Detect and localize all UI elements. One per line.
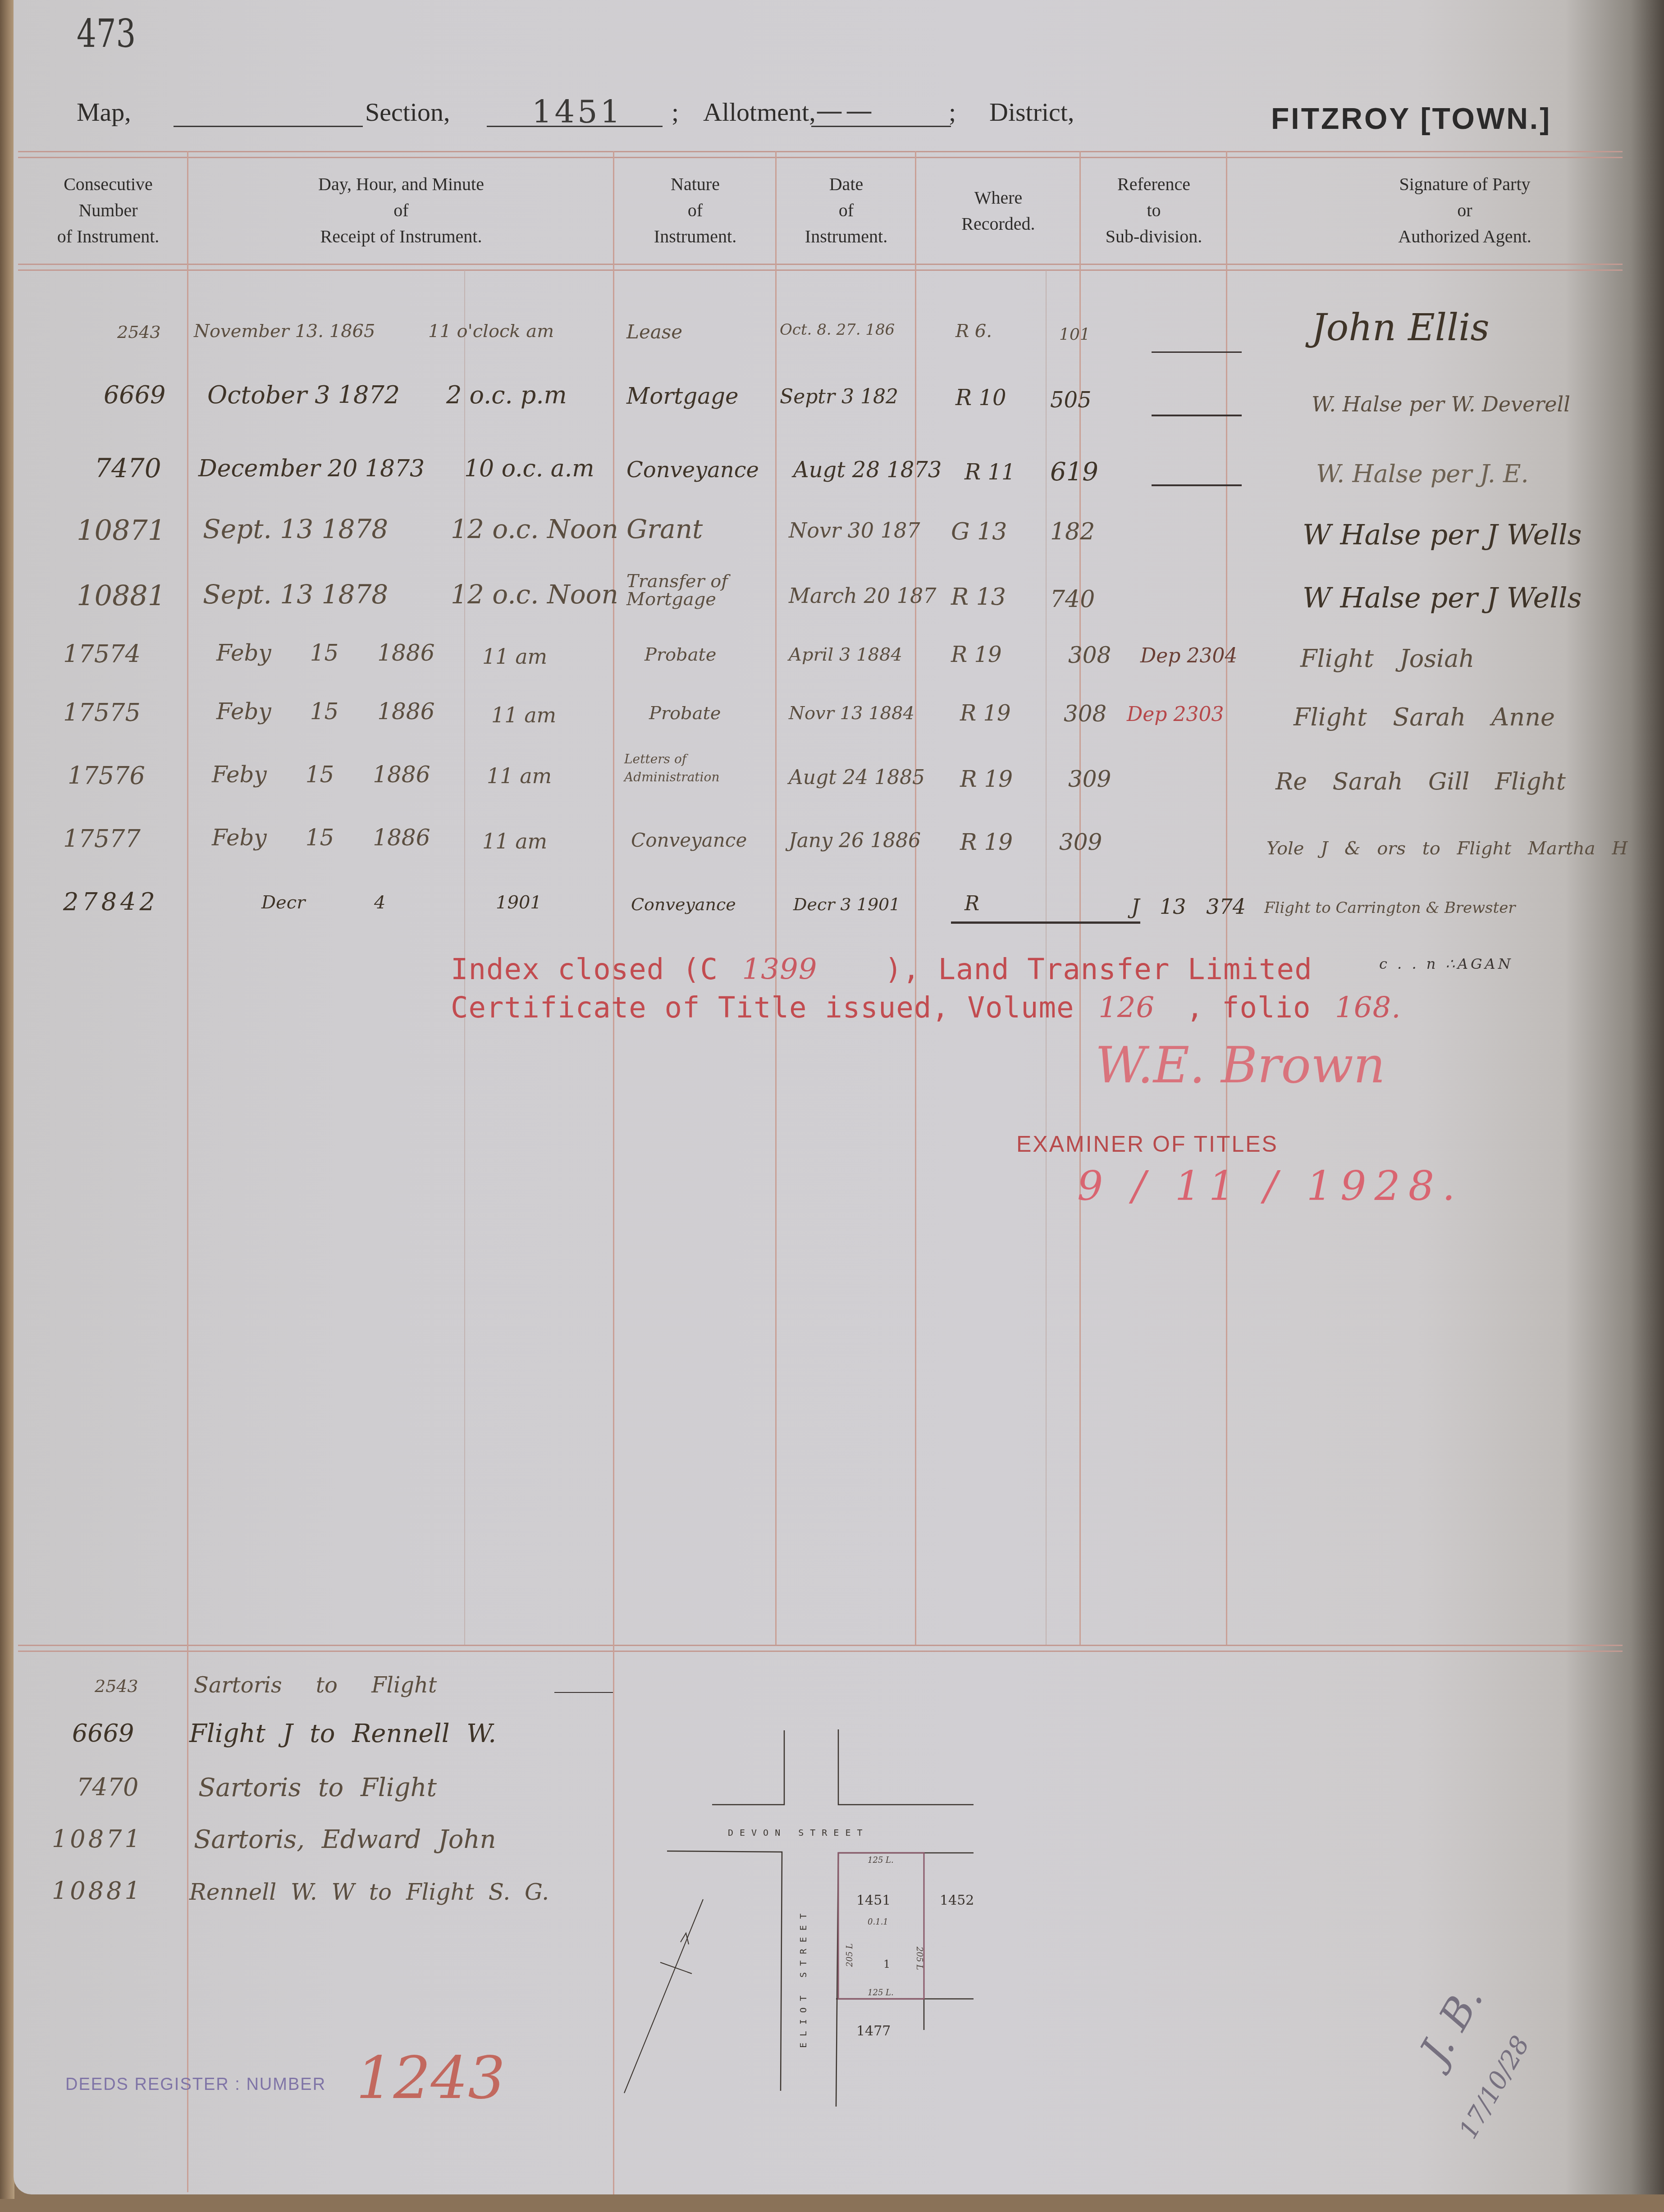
- entry-receipt-time: 11 am: [491, 703, 556, 727]
- entry-nature: Grant: [626, 514, 703, 544]
- col-header-receipt: Day, Hour, and Minute of Receipt of Inst…: [189, 171, 613, 250]
- entry-receipt-time: 10 o.c. a.m: [464, 455, 594, 482]
- sep-1: ;: [672, 97, 679, 127]
- stamp-c-number: 1399: [742, 953, 818, 986]
- entry-book: G 13: [951, 518, 1007, 545]
- pencil-date: 17/10/28: [1454, 2031, 1536, 2144]
- stamp-line-1: Index closed (C 1399 ), Land Transfer Li…: [451, 953, 1312, 986]
- entry-signature: Flight Sarah Anne: [1294, 703, 1555, 731]
- memo-number: 10881: [52, 1877, 143, 1905]
- entry-signature: Yole J & ors to Flight Martha H: [1266, 838, 1627, 859]
- entry-reference-dash: [1152, 351, 1242, 353]
- entry-folio: 309: [1068, 766, 1111, 792]
- plan-dim-top: 125 L.: [868, 1856, 894, 1865]
- memo-text: Sartoris to Flight: [198, 1773, 437, 1802]
- col-header-signature: Signature of Party or Authorized Agent.: [1334, 171, 1595, 250]
- allotment-label: Allotment,: [703, 97, 816, 127]
- entry-number: 10871: [77, 514, 165, 547]
- district-label: District,: [989, 97, 1074, 127]
- col-rule-2: [613, 151, 614, 1645]
- entry-date: Decr 3 1901: [793, 894, 900, 914]
- entry-number: 2543: [117, 322, 161, 342]
- entry-signature: John Ellis: [1312, 306, 1490, 349]
- stamp-volume-number: 126: [1098, 991, 1155, 1025]
- entry-book: R 13: [951, 584, 1006, 611]
- plan-lines: [608, 1712, 1014, 2118]
- entry-signature: W. Halse per W. Deverell: [1312, 392, 1570, 416]
- entry-folio: 182: [1050, 518, 1095, 545]
- examiner-date: 9 / 11 / 1928.: [1077, 1163, 1463, 1210]
- entry-signature: W Halse per J Wells: [1303, 581, 1582, 614]
- entry-nature: Transfer of Mortgage: [626, 572, 771, 608]
- entry-signature: W. Halse per J. E.: [1316, 460, 1529, 488]
- deeds-register-label: DEEDS REGISTER : NUMBER: [65, 2075, 326, 2094]
- allotment-value: ——: [816, 95, 875, 127]
- entry-receipt-day: November 13. 1865: [194, 321, 375, 342]
- entry-folio: 505: [1050, 388, 1092, 413]
- map-label: Map,: [77, 97, 131, 127]
- allotment-plan: DEVON STREET ELIOT STREET 1451 0.1.1 1 1…: [622, 1712, 1028, 2118]
- entry-number: 10881: [77, 579, 165, 612]
- entry-receipt-time: 12 o.c. Noon: [451, 514, 618, 544]
- col-header-date: Date of Instrument.: [777, 171, 915, 250]
- entry-book: R 6.: [955, 321, 992, 342]
- plan-lot-1477: 1477: [856, 2023, 891, 2039]
- examiner-signature: W.E. Brown: [1095, 1036, 1385, 1094]
- entry-date: Augt 24 1885: [789, 766, 925, 789]
- margin-note: c . . n ∴AGAN: [1379, 955, 1513, 972]
- book-binding-edge: [0, 0, 14, 2199]
- col-header-reference: Reference to Sub-division.: [1082, 171, 1226, 250]
- entry-receipt-day: October 3 1872: [207, 381, 400, 409]
- entry-folio: 740: [1050, 586, 1095, 613]
- entry-date: Novr 30 187: [789, 518, 920, 543]
- memo-number: 6669: [72, 1719, 134, 1747]
- memo-text: Rennell W. W to Flight S. G.: [189, 1879, 549, 1905]
- entry-nature: Conveyance: [626, 457, 759, 483]
- col-rule-4: [915, 151, 916, 1645]
- plan-street-eliot: ELIOT STREET: [798, 1907, 809, 2048]
- entry-date: Jany 26 1886: [789, 829, 921, 852]
- entry-book: R 19: [960, 766, 1013, 792]
- sep-2: ;: [949, 97, 956, 127]
- entry-date: Novr 13 1884: [789, 703, 914, 724]
- map-blank: [174, 126, 363, 127]
- entry-receipt-day: December 20 1873: [198, 455, 425, 482]
- entry-date: Augt 28 1873: [793, 457, 942, 483]
- entry-receipt-day: Feby 15 1886: [212, 825, 430, 851]
- entry-number: 17577: [63, 825, 141, 853]
- entry-reference-dash: [1152, 415, 1242, 416]
- entry-receipt-time: 11 am: [482, 644, 547, 669]
- entry-book-strike-line: [951, 921, 1140, 924]
- entry-nature: Conveyance: [631, 894, 736, 914]
- entry-reference: Dep 2304: [1140, 644, 1237, 667]
- pencil-initials: J. B.: [1411, 1977, 1492, 2071]
- section-label: Section,: [365, 97, 450, 127]
- entry-folio: 309: [1059, 829, 1102, 855]
- header-top-rule: [18, 151, 1623, 152]
- deeds-register-number: 1243: [356, 2043, 505, 2112]
- entry-nature: Probate: [649, 703, 721, 724]
- allotment-underline: [811, 126, 951, 127]
- entry-nature: Conveyance: [631, 829, 747, 851]
- north-arrow-icon: [624, 1899, 703, 2093]
- entry-folio: 308: [1064, 701, 1106, 727]
- entry-receipt-time: 2 o.c. p.m: [446, 381, 567, 409]
- plan-street-devon: DEVON STREET: [728, 1827, 869, 1838]
- entry-book: R 19: [960, 829, 1013, 855]
- plan-dim-right: 205 L: [914, 1947, 924, 1970]
- entry-nature: Probate: [645, 644, 716, 665]
- entry-receipt-time: 11 o'clock am: [428, 321, 554, 342]
- stamp-folio-number: 168.: [1335, 991, 1401, 1025]
- entry-reference: Dep 2303: [1127, 703, 1224, 726]
- entry-date: Septr 3 182: [780, 385, 898, 408]
- entry-signature: W Halse per J Wells: [1303, 518, 1582, 551]
- memo-text: Flight J to Rennell W.: [189, 1719, 496, 1748]
- entry-receipt-time: 12 o.c. Noon: [451, 579, 618, 610]
- memoranda-rule: [18, 1645, 1623, 1646]
- entry-nature: Letters of Administration: [624, 750, 773, 786]
- stamp-line-2: Certificate of Title issued, Volume 126 …: [451, 991, 1401, 1025]
- entry-nature: Mortgage: [626, 383, 739, 409]
- entry-receipt-time: 11 am: [482, 829, 547, 853]
- memo-number: 7470: [77, 1773, 138, 1802]
- col-rule-1: [187, 151, 188, 2192]
- col-rule-5: [1079, 151, 1081, 1645]
- entry-receipt-time: 1901: [496, 892, 542, 913]
- memo-dash: [554, 1692, 613, 1693]
- plan-lot-1451: 1451: [856, 1893, 891, 1908]
- entry-signature: Flight Josiah: [1300, 644, 1474, 673]
- entry-date: April 3 1884: [789, 644, 902, 665]
- entry-folio: 101: [1059, 325, 1090, 344]
- entry-receipt-day: Sept. 13 1878: [203, 579, 388, 610]
- entry-receipt-time: 11 am: [487, 764, 552, 788]
- entry-book: R 11: [965, 460, 1015, 485]
- memo-number: 2543: [95, 1676, 138, 1696]
- section-value: 1451: [532, 93, 623, 130]
- entry-receipt-day: Feby 15 1886: [212, 762, 430, 788]
- entry-folio: 619: [1050, 457, 1098, 487]
- entry-book: R: [965, 892, 979, 915]
- district-value: FITZROY [TOWN.]: [1271, 101, 1551, 136]
- entry-book: R 19: [960, 701, 1010, 726]
- entry-nature: Lease: [626, 321, 682, 343]
- entry-number: 17574: [63, 640, 141, 668]
- header-bottom-rule: [18, 264, 1623, 265]
- entry-number: 6669: [104, 381, 165, 409]
- col-rule-3: [775, 151, 777, 1645]
- col-header-where: Where Recorded.: [917, 185, 1079, 237]
- col-header-nature: Nature of Instrument.: [615, 171, 775, 250]
- entry-reference: J 13 374: [1131, 894, 1246, 919]
- entry-number: 17575: [63, 698, 141, 727]
- entry-date: Oct. 8. 27. 186: [780, 321, 895, 339]
- memo-text: Sartoris, Edward John: [194, 1825, 496, 1854]
- plan-dim-bottom: 125 L.: [868, 1988, 894, 1998]
- entry-receipt-day: Feby 15 1886: [216, 698, 434, 725]
- entry-receipt-day: Sept. 13 1878: [203, 514, 388, 544]
- entry-date: March 20 187: [789, 584, 936, 608]
- entry-number: 17576: [68, 762, 145, 790]
- col-header-number: Consecutive Number of Instrument.: [32, 171, 185, 250]
- entry-receipt-day: Decr 4: [261, 892, 385, 913]
- plan-lot-sub: 1: [883, 1958, 890, 1970]
- entry-book: R 19: [951, 642, 1001, 667]
- entry-book: R 10: [955, 385, 1006, 410]
- entry-signature: Re Sarah Gill Flight: [1275, 768, 1566, 795]
- entry-signature: Flight to Carrington & Brewster: [1264, 899, 1516, 917]
- plan-lot-1452: 1452: [940, 1893, 974, 1908]
- entry-receipt-day: Feby 15 1886: [216, 640, 434, 666]
- plan-lot-area: 0.1.1: [868, 1917, 888, 1927]
- memo-number: 10871: [52, 1825, 143, 1853]
- entry-reference-dash: [1152, 484, 1242, 486]
- entry-number: 27842: [63, 888, 159, 916]
- register-page: 473 Map, Section, 1451 ; Allotment, —— ;…: [14, 0, 1664, 2194]
- plan-dim-left: 205 L: [845, 1943, 855, 1967]
- memo-text: Sartoris to Flight: [194, 1673, 437, 1698]
- examiner-title: EXAMINER OF TITLES: [1016, 1131, 1278, 1157]
- entry-folio: 308: [1068, 642, 1111, 668]
- page-number: 473: [77, 11, 136, 56]
- entry-number: 7470: [95, 453, 161, 483]
